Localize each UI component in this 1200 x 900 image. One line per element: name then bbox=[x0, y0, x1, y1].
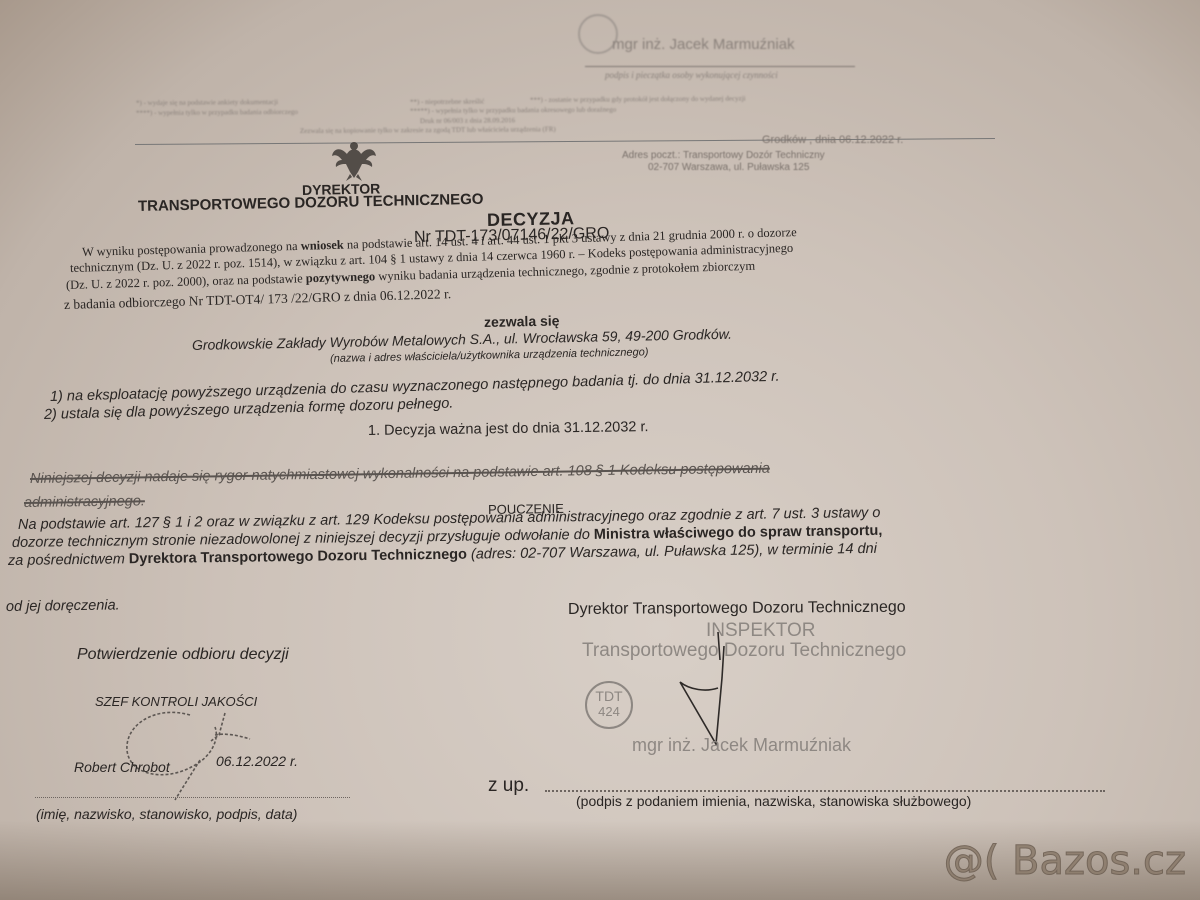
signature-icon bbox=[676, 630, 756, 750]
receipt-date: 06.12.2022 r. bbox=[216, 753, 298, 769]
receipt-title: Potwierdzenie odbioru decyzji bbox=[77, 646, 289, 664]
footnote-1a: *) - wydaje się na podstawie ankiety dok… bbox=[136, 98, 278, 107]
permits-label: zezwala się bbox=[484, 312, 560, 330]
struck-clause-line-2: administracyjnego. bbox=[24, 493, 145, 511]
director-title: Dyrektor Transportowego Dozoru Techniczn… bbox=[568, 599, 906, 619]
postal-address-2: 02-707 Warszawa, ul. Puławska 125 bbox=[648, 162, 809, 173]
bazos-watermark: @( Bazos.cz bbox=[944, 838, 1186, 884]
inspector-stamp-name: mgr inż. Jacek Marmuźniak bbox=[632, 735, 851, 756]
previous-caption: podpis i pieczątka osoby wykonującej czy… bbox=[605, 70, 778, 80]
polish-eagle-emblem-icon bbox=[330, 140, 378, 182]
receipt-name: Robert Chrobot bbox=[74, 759, 170, 775]
director-signature-line bbox=[545, 790, 1105, 792]
document-photo: mgr inż. Jacek Marmuźniak podpis i piecz… bbox=[0, 0, 1200, 900]
print-code: Druk nr 06/003 z dnia 28.09.2016 bbox=[420, 116, 515, 125]
footnote-1c: ***) - zostanie w przypadku gdy protokół… bbox=[530, 94, 746, 104]
postal-address-1: Adres poczt.: Transportowy Dozór Technic… bbox=[622, 150, 825, 161]
on-behalf-label: z up. bbox=[488, 775, 529, 797]
seal-line-2: 424 bbox=[587, 704, 631, 719]
instruction-body-line: od jej doręczenia. bbox=[6, 597, 120, 615]
copy-notice: Zezwala się na kopiowanie tylko w zakres… bbox=[300, 125, 556, 135]
director-signature-caption: (podpis z podaniem imienia, nazwiska, st… bbox=[576, 793, 971, 809]
footnote-2a: ****) - wypełnia tylko w przypadku badan… bbox=[136, 108, 298, 117]
struck-clause-line-1: Niniejszej decyzji nadaje się rygor naty… bbox=[30, 461, 770, 487]
authority-subtitle: TRANSPORTOWEGO DOZORU TECHNICZNEGO bbox=[138, 191, 484, 215]
receipt-signature-line bbox=[35, 797, 350, 798]
place-date: Grodków , dnia 06.12.2022 r. bbox=[762, 134, 903, 146]
owner-name-address: Grodkowskie Zakłady Wyrobów Metalowych S… bbox=[192, 326, 732, 353]
owner-caption: (nazwa i adres właściciela/użytkownika u… bbox=[330, 346, 649, 365]
footnote-2b: *****) - wypełnia tylko w przypadku bada… bbox=[410, 106, 616, 115]
divider bbox=[585, 66, 855, 67]
tdt-seal: TDT 424 bbox=[585, 681, 633, 729]
seal-line-1: TDT bbox=[587, 689, 631, 704]
previous-stamp-name: mgr inż. Jacek Marmuźniak bbox=[612, 36, 795, 53]
validity-statement: 1. Decyzja ważna jest do dnia 31.12.2032… bbox=[368, 419, 649, 439]
footnote-1b: **) - niepotrzebne skreślić bbox=[410, 97, 485, 106]
